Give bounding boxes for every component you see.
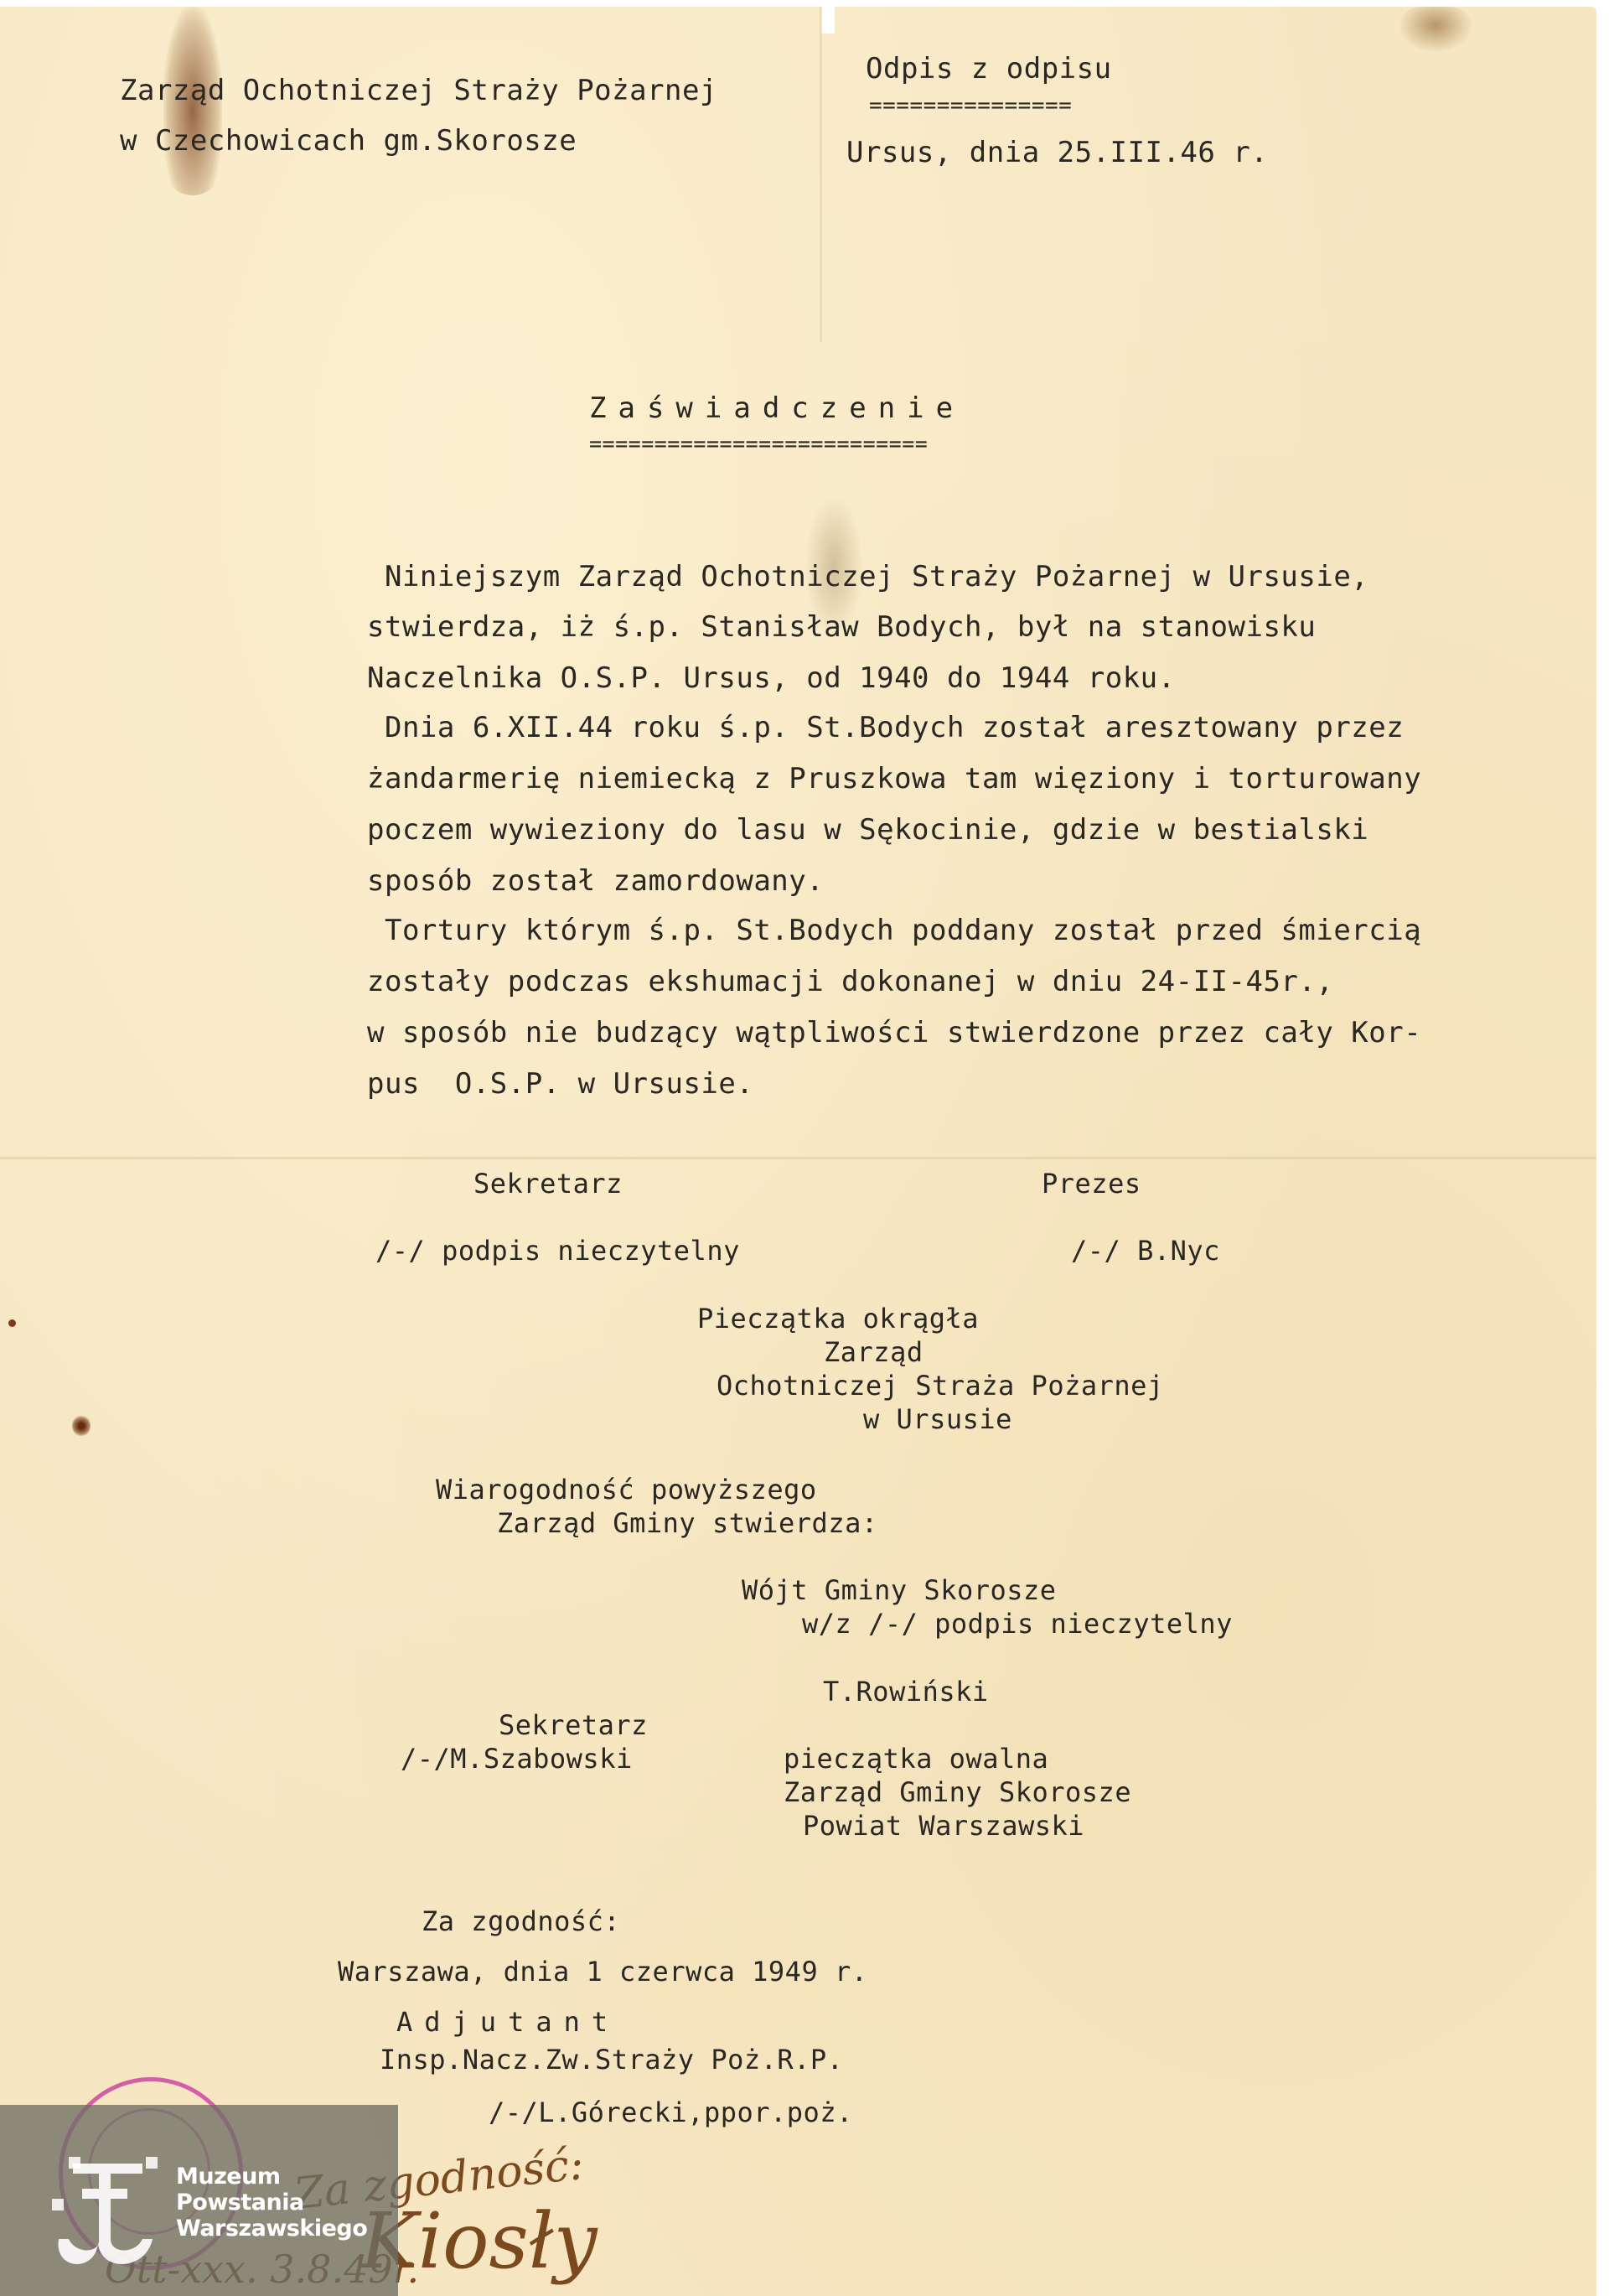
body-line: stwierdza, iż ś.p. Stanisław Bodych, był… xyxy=(367,610,1316,644)
secretary-signature: /-/ podpis nieczytelny xyxy=(375,1234,740,1267)
wojt-label: Wójt Gminy Skorosze xyxy=(742,1573,1057,1607)
title-underline: ========================== xyxy=(589,428,928,461)
body-line: Niniejszym Zarząd Ochotniczej Straży Poż… xyxy=(367,560,1368,593)
corner-stain xyxy=(1398,7,1473,53)
ink-spot xyxy=(72,1415,91,1437)
conformity-place-date: Warszawa, dnia 1 czerwca 1949 r. xyxy=(338,1955,868,1988)
museum-name-line: Powstania xyxy=(176,2190,367,2216)
museum-name-line: Warszawskiego xyxy=(176,2216,367,2242)
secretary-label: Sekretarz xyxy=(473,1167,623,1200)
copy-note: Odpis z odpisu xyxy=(866,52,1112,86)
gmina-secretary-label: Sekretarz xyxy=(499,1708,648,1742)
wojt-name: T.Rowiński xyxy=(823,1675,989,1708)
stamp-desc-line: w Ursusie xyxy=(863,1402,1012,1436)
fold-line-vertical xyxy=(820,7,822,342)
body-line: Naczelnika O.S.P. Ursus, od 1940 do 1944… xyxy=(367,661,1176,695)
gmina-stamp-line: Zarząd Gminy Skorosze xyxy=(784,1775,1131,1809)
body-line: pus O.S.P. w Ursusie. xyxy=(367,1067,753,1101)
header-org-line1: Zarząd Ochotniczej Straży Pożarnej xyxy=(120,74,717,107)
gmina-stamp-line: Powiat Warszawski xyxy=(803,1809,1084,1843)
stamp-desc-line: Pieczątka okrągła xyxy=(697,1302,979,1335)
museum-watermark: Muzeum Powstania Warszawskiego xyxy=(0,2105,398,2296)
stamp-desc-line: Zarząd xyxy=(824,1335,923,1369)
gmina-secretary-signature: /-/M.Szabowski xyxy=(401,1742,633,1775)
document-paper xyxy=(0,7,1596,2296)
museum-name: Muzeum Powstania Warszawskiego xyxy=(176,2164,367,2242)
president-label: Prezes xyxy=(1042,1167,1141,1200)
body-line: w sposób nie budzący wątpliwości stwierd… xyxy=(367,1016,1421,1050)
body-line: sposób został zamordowany. xyxy=(367,864,824,898)
body-line: żandarmerię niemiecką z Pruszkowa tam wi… xyxy=(367,762,1421,796)
certification-line1: Wiarogodność powyższego xyxy=(436,1473,817,1506)
body-line: poczem wywieziony do lasu w Sękocinie, g… xyxy=(367,813,1368,847)
president-signature: /-/ B.Nyc xyxy=(1071,1234,1220,1267)
copy-note-underline: =============== xyxy=(869,89,1072,122)
place-date: Ursus, dnia 25.III.46 r. xyxy=(846,136,1268,169)
gmina-stamp-line: pieczątka owalna xyxy=(784,1742,1048,1775)
museum-name-line: Muzeum xyxy=(176,2164,367,2190)
body-line: Dnia 6.XII.44 roku ś.p. St.Bodych został… xyxy=(367,711,1404,744)
ink-spot-small xyxy=(8,1319,16,1327)
fold-line-horizontal xyxy=(0,1157,1596,1159)
anchor-kotwica-icon xyxy=(52,2155,161,2273)
header-org-line2: w Czechowicach gm.Skorosze xyxy=(120,124,577,158)
certification-line2: Zarząd Gminy stwierdza: xyxy=(497,1506,878,1540)
body-line: Tortury którym ś.p. St.Bodych poddany zo… xyxy=(367,914,1421,947)
wojt-signature: w/z /-/ podpis nieczytelny xyxy=(802,1607,1233,1640)
adjutant-role: Adjutant xyxy=(396,2005,619,2039)
adjutant-signature: /-/L.Górecki,ppor.poż. xyxy=(489,2096,853,2129)
body-line: zostały podczas ekshumacji dokonanej w d… xyxy=(367,965,1333,998)
adjutant-office: Insp.Nacz.Zw.Straży Poż.R.P. xyxy=(380,2043,843,2076)
conformity-label: Za zgodność: xyxy=(422,1905,620,1938)
document-title: Zaświadczenie xyxy=(589,391,965,425)
paper-tear xyxy=(821,0,835,34)
stamp-desc-line: Ochotniczej Straża Pożarnej xyxy=(717,1369,1164,1402)
